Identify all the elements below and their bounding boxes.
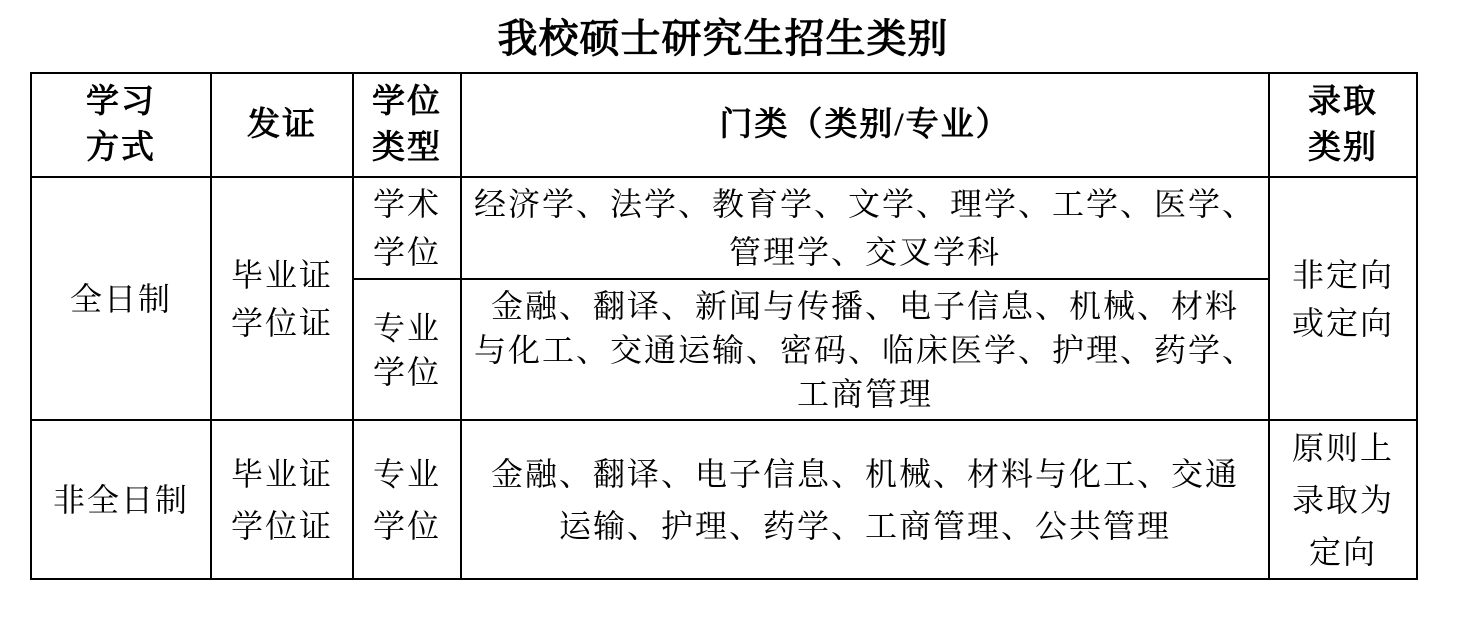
cell-professional-degree-type: 专业 学位 xyxy=(353,279,461,420)
parttime-row: 非全日制 毕业证 学位证 专业 学位 金融、翻译、电子信息、机械、材料与化工、交… xyxy=(31,420,1417,579)
cell-professional-majors: 金融、翻译、新闻与传播、电子信息、机械、材料 与化工、交通运输、密码、临床医学、… xyxy=(461,279,1269,420)
cell-academic-degree-type: 学术 学位 xyxy=(353,177,461,279)
cell-fulltime-admission-type: 非定向 或定向 xyxy=(1269,177,1417,420)
fulltime-academic-row: 全日制 毕业证 学位证 学术 学位 经济学、法学、教育学、文学、理学、工学、医学… xyxy=(31,177,1417,279)
page-title: 我校硕士研究生招生类别 xyxy=(30,16,1416,62)
header-certificate: 发证 xyxy=(211,73,353,177)
cell-parttime-degree-type: 专业 学位 xyxy=(353,420,461,579)
cell-academic-majors: 经济学、法学、教育学、文学、理学、工学、医学、 管理学、交叉学科 xyxy=(461,177,1269,279)
document-page: 我校硕士研究生招生类别 学习 方式 发证 学位 类型 门类（类别/专业） 录取 … xyxy=(0,0,1468,624)
cell-parttime-study-mode: 非全日制 xyxy=(31,420,211,579)
cell-parttime-majors: 金融、翻译、电子信息、机械、材料与化工、交通 运输、护理、药学、工商管理、公共管… xyxy=(461,420,1269,579)
cell-parttime-admission-type: 原则上 录取为 定向 xyxy=(1269,420,1417,579)
header-degree-type: 学位 类型 xyxy=(353,73,461,177)
header-study-mode: 学习 方式 xyxy=(31,73,211,177)
header-row: 学习 方式 发证 学位 类型 门类（类别/专业） 录取 类别 xyxy=(31,73,1417,177)
header-category: 门类（类别/专业） xyxy=(461,73,1269,177)
admission-category-table: 学习 方式 发证 学位 类型 门类（类别/专业） 录取 类别 全日制 毕业证 学… xyxy=(30,72,1418,580)
cell-parttime-certificate: 毕业证 学位证 xyxy=(211,420,353,579)
cell-fulltime-certificate: 毕业证 学位证 xyxy=(211,177,353,420)
cell-fulltime-study-mode: 全日制 xyxy=(31,177,211,420)
header-admission-type: 录取 类别 xyxy=(1269,73,1417,177)
